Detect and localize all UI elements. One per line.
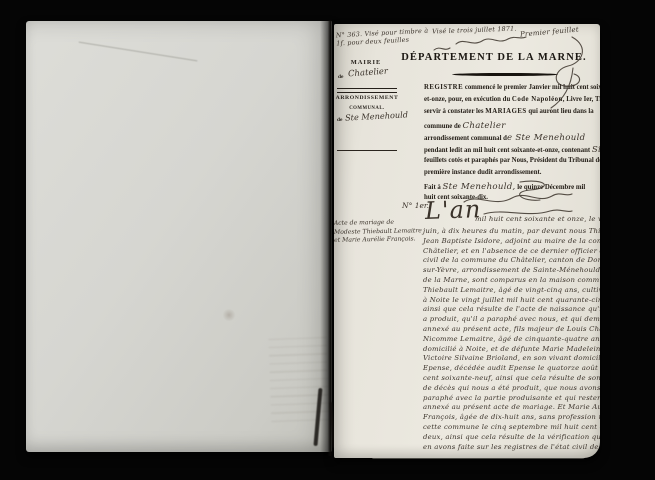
mairie-handwritten-value: Chatelier	[348, 67, 389, 80]
mairie-label: MAIRIE	[334, 59, 398, 66]
register-declaration-paragraph: REGISTRE commencé le premier Janvier mil…	[424, 84, 600, 206]
arrondissement-label: ARRONDISSEMENT	[334, 95, 400, 101]
president-signature-flourish	[484, 210, 572, 214]
arrondissement-handwritten-value: Ste Menehould	[345, 109, 408, 122]
de-prefix: de	[337, 117, 342, 123]
paper-smudge	[222, 309, 236, 321]
page-title: DÉPARTEMENT DE LA MARNE.	[364, 52, 600, 63]
register-page: N° 363. Visé pour timbre à 1f. pour deux…	[334, 24, 600, 458]
act-first-line: mil huit cent soixante et onze, le vingt…	[475, 215, 600, 223]
paper-scratch-mark	[79, 42, 198, 62]
swelled-rule-divider	[452, 73, 558, 76]
scanned-register-spread: N° 363. Visé pour timbre à 1f. pour deux…	[0, 0, 655, 480]
stamp-visa-annotation: N° 363. Visé pour timbre à 1f. pour deux…	[336, 27, 429, 48]
visa-signature-flourish	[456, 37, 526, 44]
visa-date-annotation: Visé le trois juillet 1871.	[432, 25, 517, 36]
small-initials-flourish	[434, 48, 450, 50]
margin-rule-divider	[337, 150, 397, 151]
margin-rule-divider	[337, 88, 397, 93]
left-blank-page	[26, 21, 332, 452]
act-opening-word: L'an	[425, 197, 482, 223]
de-prefix: de	[338, 74, 343, 80]
act-margin-note: Acte de mariage deModeste Thiebault Lema…	[334, 218, 428, 245]
act-body-text: juin, à dix heures du matin, par devant …	[423, 227, 600, 452]
first-sheet-annotation: Premier feuillet	[520, 25, 579, 38]
